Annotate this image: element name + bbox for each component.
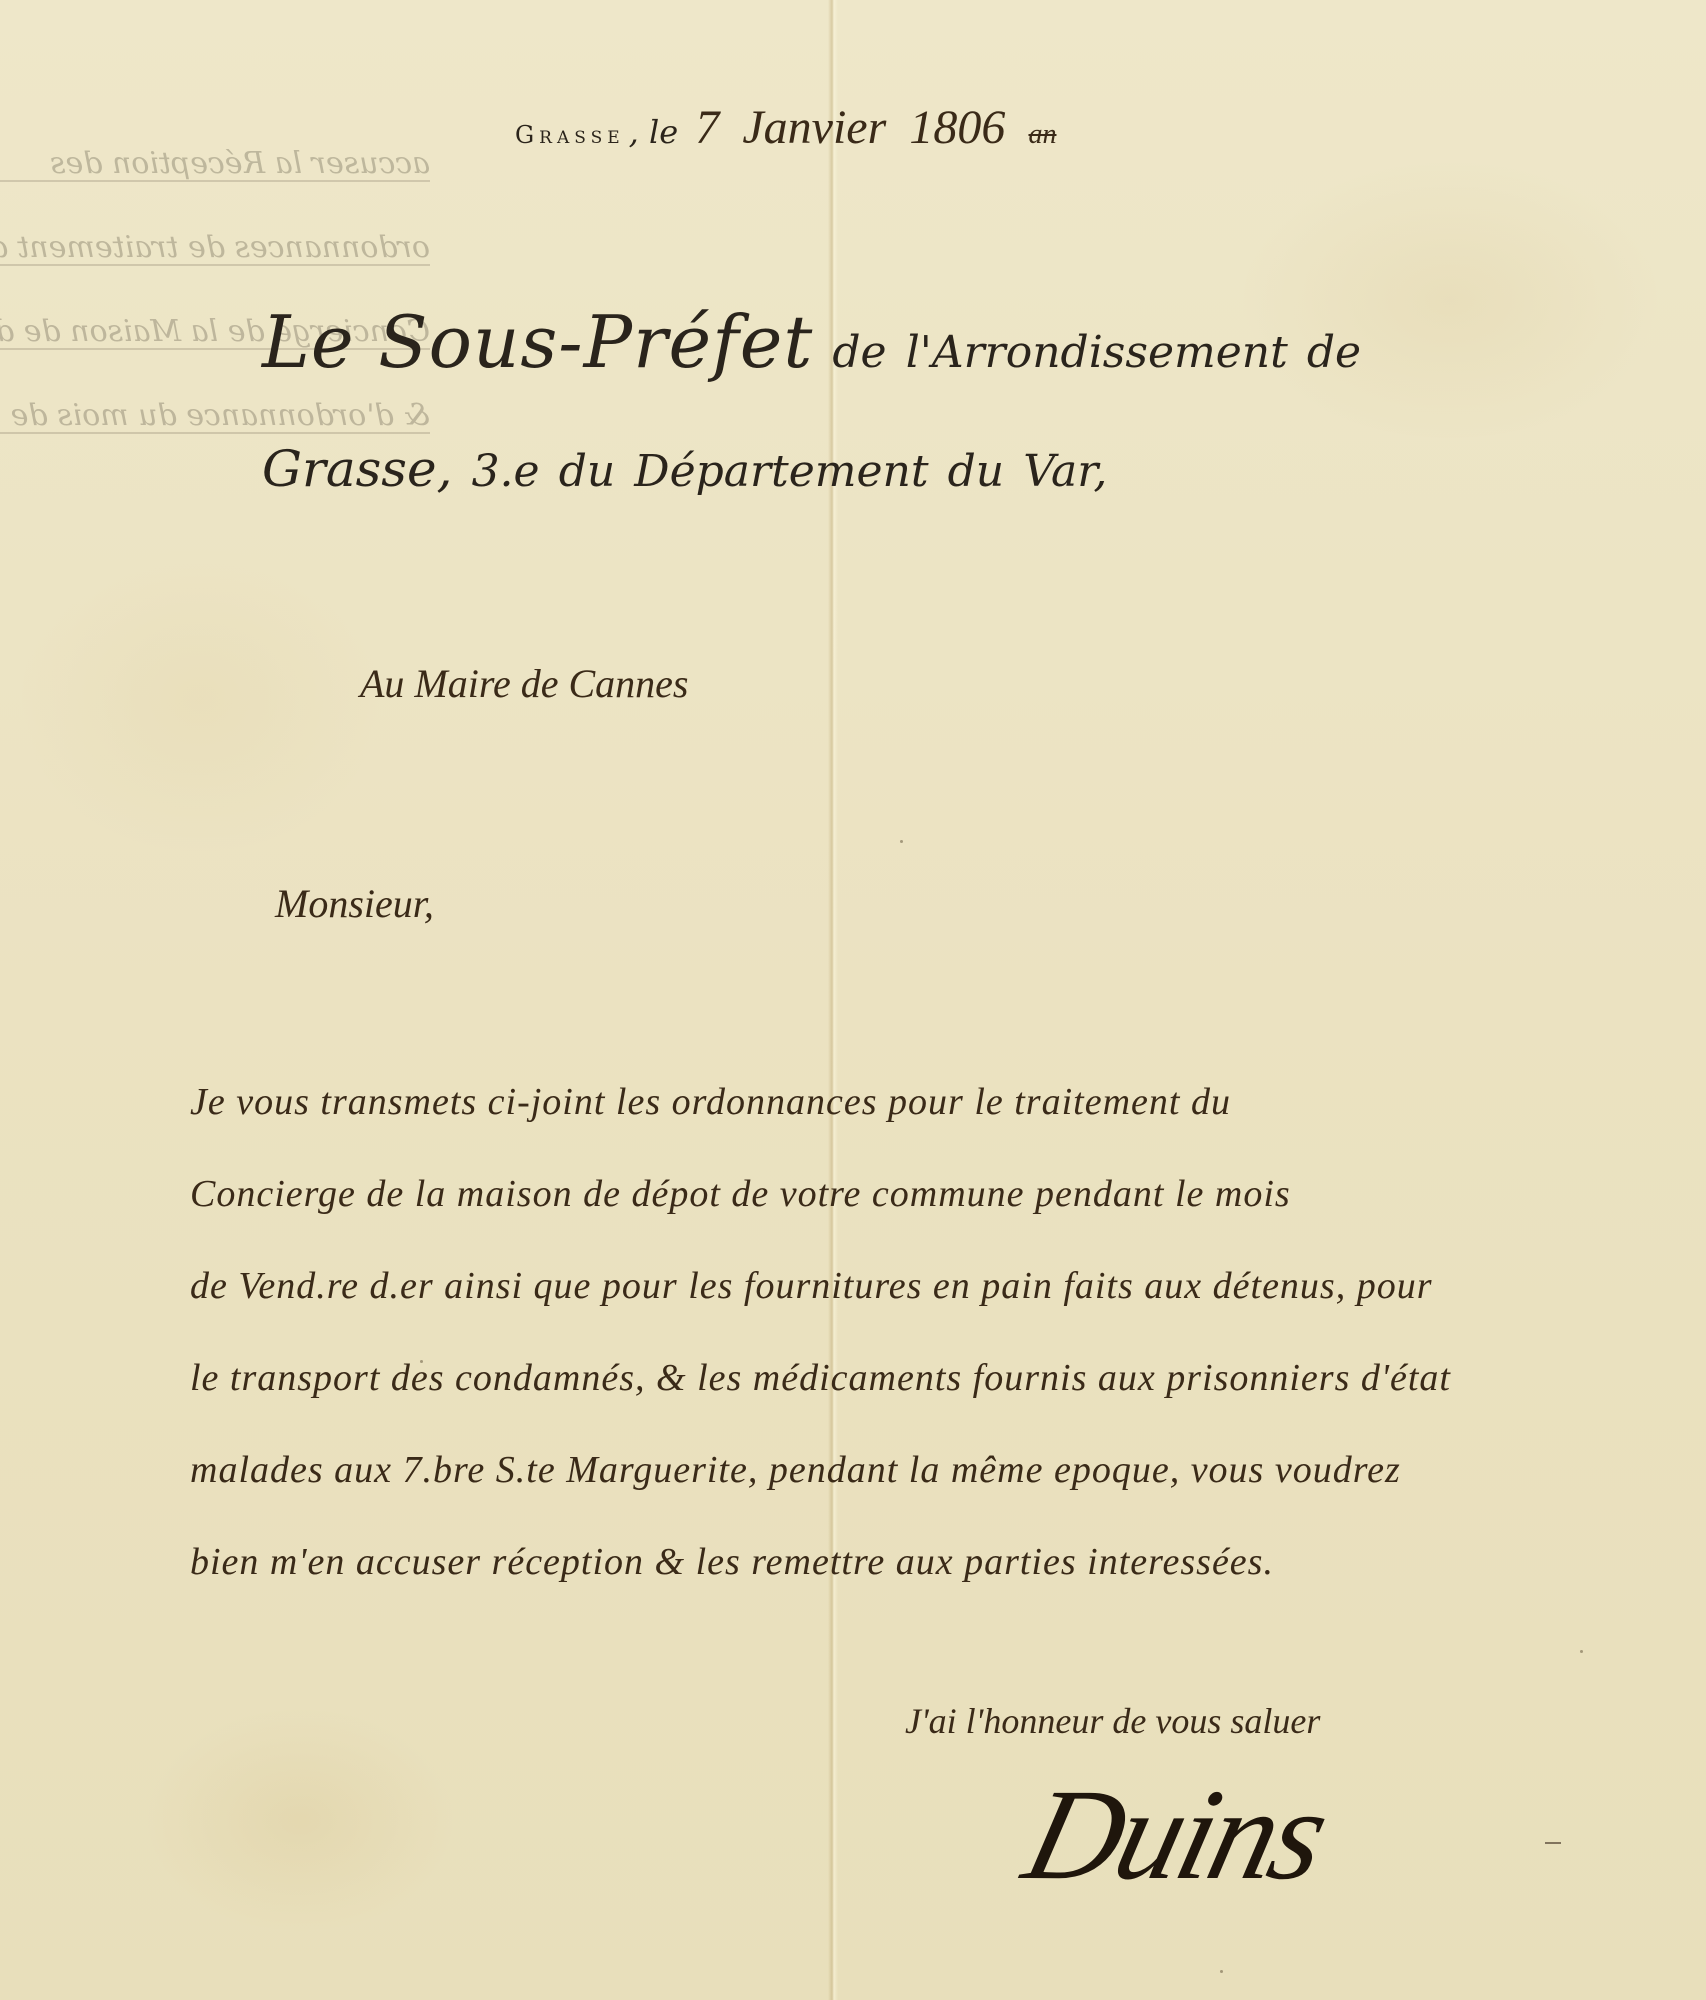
bleed-line: accuser la Réception des xyxy=(0,120,430,182)
dateline-struck-text: an xyxy=(1028,119,1056,150)
body-line: malades aux 7.bre S.te Marguerite, penda… xyxy=(190,1448,1650,1540)
letterhead: Le Sous-Préfet de l'Arrondissement de Gr… xyxy=(262,300,1361,498)
letter-body: Je vous transmets ci-joint les ordonnanc… xyxy=(190,1080,1650,1632)
bleed-line: ordonnances de traitement du xyxy=(0,204,430,266)
body-line: Je vous transmets ci-joint les ordonnanc… xyxy=(190,1080,1650,1172)
letterhead-word: 3.e xyxy=(472,446,540,497)
dateline-month: Janvier xyxy=(742,101,886,154)
margin-mark xyxy=(1545,1842,1561,1844)
dateline-city: Grasse xyxy=(515,121,625,149)
letterhead-word: du xyxy=(559,446,616,497)
letterhead-word: du xyxy=(948,446,1005,497)
letterhead-word: Var, xyxy=(1023,446,1107,497)
letterhead-word: l'Arrondissement xyxy=(906,327,1288,378)
closing-formula: J'ai l'honneur de vous saluer xyxy=(905,1700,1320,1742)
paper-speck xyxy=(900,840,903,843)
letterhead-title: Le Sous-Préfet xyxy=(262,300,813,384)
body-line: bien m'en accuser réception & les remett… xyxy=(190,1540,1650,1632)
letterhead-word: de xyxy=(832,327,886,378)
letter-page: accuser la Réception des ordonnances de … xyxy=(0,0,1706,2000)
letterhead-word: Grasse, xyxy=(262,440,452,498)
dateline-day: 7 xyxy=(695,101,719,154)
body-line: Concierge de la maison de dépot de votre… xyxy=(190,1172,1650,1264)
paper-speck xyxy=(1220,1970,1223,1973)
body-line: le transport des condamnés, & les médica… xyxy=(190,1356,1650,1448)
letterhead-word: Département xyxy=(634,446,928,497)
salutation: Monsieur, xyxy=(275,880,434,927)
signature: Duins xyxy=(1011,1760,1339,1910)
paper-speck xyxy=(420,1360,423,1363)
dateline-le: , le xyxy=(629,113,679,151)
addressee: Au Maire de Cannes xyxy=(360,660,688,707)
paper-speck xyxy=(1580,1650,1583,1653)
dateline-year: 1806 xyxy=(909,101,1005,154)
body-line: de Vend.re d.er ainsi que pour les fourn… xyxy=(190,1264,1650,1356)
letterhead-word: de xyxy=(1307,327,1361,378)
dateline: Grasse, le 7 Janvier 1806 an xyxy=(515,100,1074,155)
